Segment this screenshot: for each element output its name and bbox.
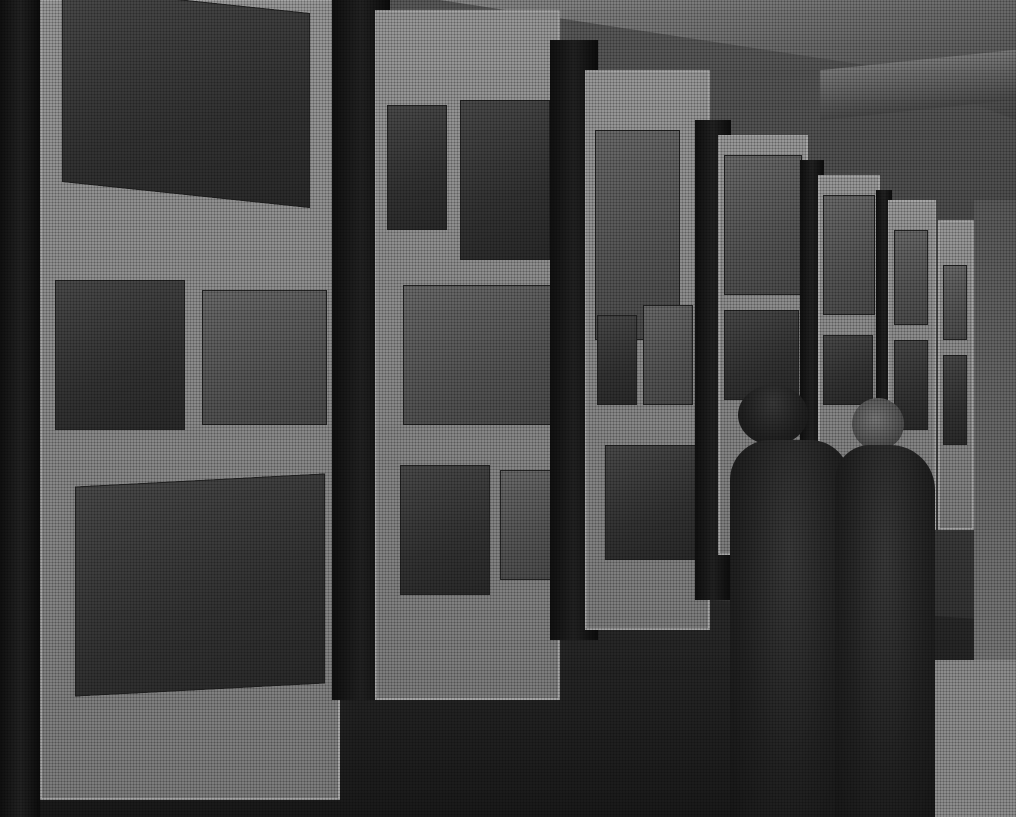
mounted-picture [943,355,967,445]
visitor-2 [835,445,935,817]
mounted-picture [894,230,928,325]
mounted-picture [597,315,637,405]
visitor-hat [738,385,808,445]
mounted-picture [943,265,967,340]
exhibition-board-7 [938,220,974,530]
mounted-picture [202,290,327,425]
mounted-picture [387,105,447,230]
exhibition-board-1 [40,0,340,800]
exhibition-board-2 [375,10,560,700]
mounted-picture [643,305,693,405]
exhibition-board-3 [585,70,710,630]
mounted-picture [400,465,490,595]
left-wall-edge [0,0,40,817]
mounted-picture [75,473,325,696]
mounted-picture [823,335,873,405]
mounted-picture [62,0,310,208]
visitor-1 [730,440,850,817]
visitor-2-head [852,398,904,450]
floor-light-area [930,660,1016,817]
mounted-picture [55,280,185,430]
mounted-picture [823,195,875,315]
right-wall [974,200,1016,660]
mounted-picture [460,100,550,260]
mounted-picture [605,445,697,560]
mounted-picture [724,155,802,295]
mounted-picture [403,285,553,425]
photograph: Halftone newspaper photograph of an exhi… [0,0,1016,817]
